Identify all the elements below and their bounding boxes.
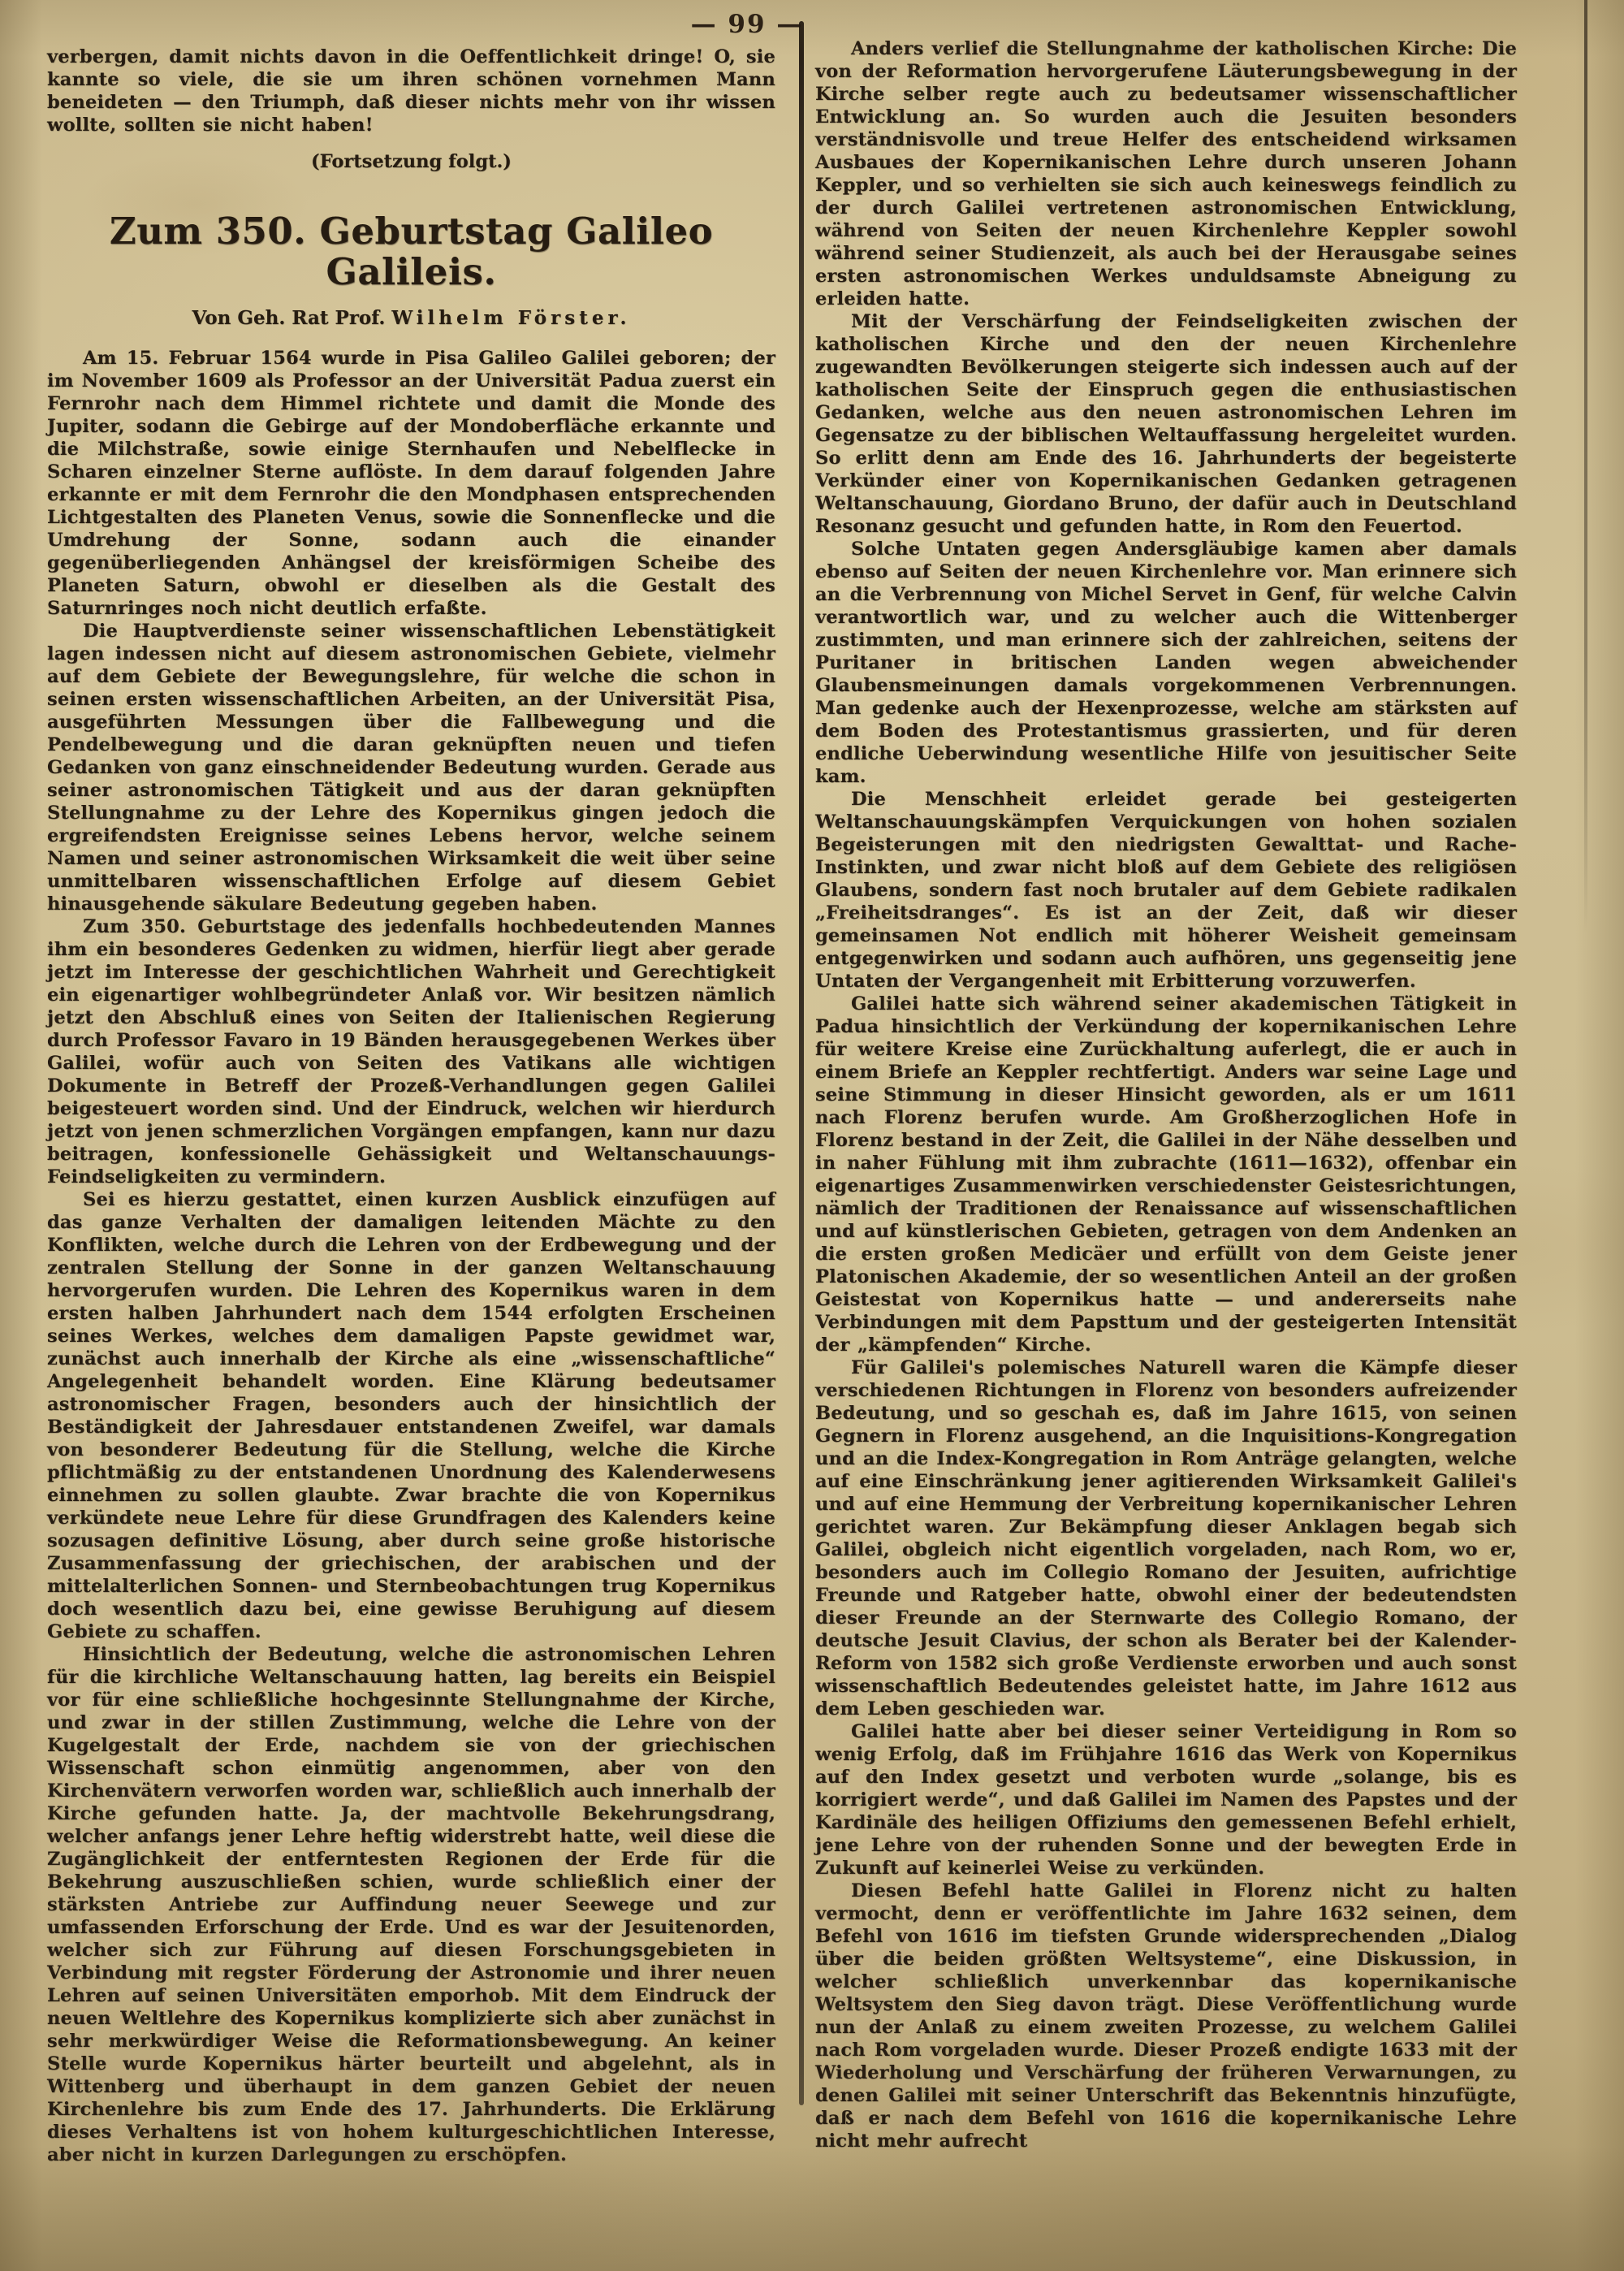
byline-author-name: Wilhelm Förster. bbox=[391, 307, 630, 329]
article-paragraph: Sei es hierzu gestattet, einen kurzen Au… bbox=[47, 1188, 775, 1643]
article-paragraph: Die Hauptverdienste seiner wissenschaftl… bbox=[47, 620, 775, 915]
article-paragraph: Anders verlief die Stellungnahme der kat… bbox=[815, 37, 1517, 310]
story-continuation-paragraph: verbergen, damit nichts davon in die Oef… bbox=[47, 45, 775, 136]
page-header: — 99 — bbox=[0, 10, 1494, 39]
article-paragraph: Für Galilei's polemisches Naturell waren… bbox=[815, 1356, 1517, 1720]
article-paragraph: Diesen Befehl hatte Galilei in Florenz n… bbox=[815, 1880, 1517, 2152]
byline-prefix: Von Geh. Rat Prof. bbox=[192, 307, 386, 329]
page-edge-line bbox=[1584, 0, 1587, 934]
article-title: Zum 350. Geburtstag Galileo Galileis. bbox=[47, 211, 775, 292]
continuation-note: (Fortsetzung folgt.) bbox=[47, 151, 775, 172]
page-number: — 99 — bbox=[691, 10, 804, 39]
article-paragraph: Galilei hatte sich während seiner akadem… bbox=[815, 993, 1517, 1356]
article-byline: Von Geh. Rat Prof. Wilhelm Förster. bbox=[47, 307, 775, 329]
newspaper-page: — 99 — verbergen, damit nichts davon in … bbox=[0, 0, 1624, 2271]
article-paragraph: Hinsichtlich der Bedeutung, welche die a… bbox=[47, 1643, 775, 2166]
article-paragraph: Mit der Verschärfung der Feindseligkeite… bbox=[815, 310, 1517, 538]
left-column: verbergen, damit nichts davon in die Oef… bbox=[47, 45, 775, 2166]
article-paragraph: Zum 350. Geburtstage des jedenfalls hoch… bbox=[47, 915, 775, 1188]
right-column: Anders verlief die Stellungnahme der kat… bbox=[815, 37, 1517, 2152]
column-divider-rule bbox=[799, 21, 804, 2105]
article-paragraph: Solche Untaten gegen Andersgläubige kame… bbox=[815, 538, 1517, 788]
article-paragraph: Am 15. Februar 1564 wurde in Pisa Galile… bbox=[47, 347, 775, 620]
article-paragraph: Die Menschheit erleidet gerade bei geste… bbox=[815, 788, 1517, 993]
article-paragraph: Galilei hatte aber bei dieser seiner Ver… bbox=[815, 1720, 1517, 1880]
